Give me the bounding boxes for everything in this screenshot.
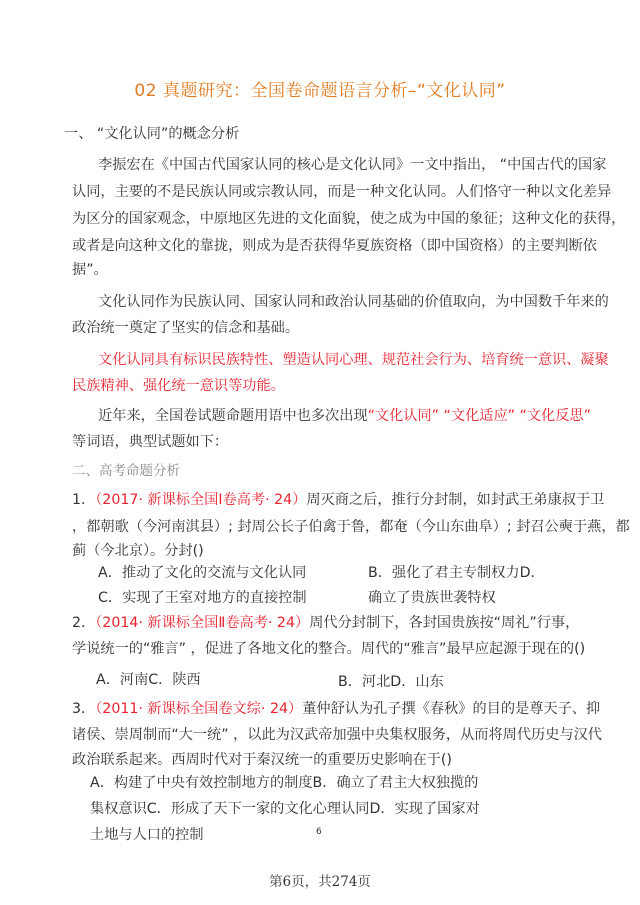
question-2-line2: 学说统一的“雅言” ，促进了各地文化的整合。周代的“雅言”最早应起源于现在的() [72,639,585,659]
para4-line2: 等词语，典型试题如下： [72,432,228,452]
question-3-line2: 诸侯、崇周制而“大一统” ，以此为汉武帝加强中央集权服务，从而将周代历史与汉代 [72,725,602,745]
question-number: 2． [72,615,95,631]
para1-line2: 认同，主要的不是民族认同或宗教认同，而是一种文化认同。人们恪守一种以文化差异 [72,182,611,202]
question-1-line3: 蓟（今北京）。分封() [72,541,204,561]
highlight-line2: 民族精神、强化统一意识等功能。 [72,376,285,396]
question-3-line1: 3．（2011· 新课标全国卷文综· 24）董仲舒认为孔子撰《春秋》的目的是尊天… [72,699,600,719]
question-number: 1． [72,492,95,508]
question-text: 周代分封制下，各封国贵族按“周礼”行事， [309,615,579,631]
question-text: 周灭商之后，推行分封制，如封武王弟康叔于卫 [306,492,604,508]
question-1-option-d-cont: 确立了贵族世袭特权 [368,588,496,608]
question-source: （2011· 新课标全国卷文综· 24） [95,701,302,717]
question-number: 3． [72,701,95,717]
para4-line1: 近年来，全国卷试题命题用语中也多次出现“文化认同” “文化适应” “文化反思” [98,406,591,426]
para4-highlight-terms: “文化认同” “文化适应” “文化反思” [368,408,591,424]
para2-line1: 文化认同作为民族认同、国家认同和政治认同基础的价值取向，为中国数千年来的 [98,292,609,312]
section1-heading: 一、 “文化认同”的概念分析 [64,124,239,144]
document-page: 02 真题研究：全国卷命题语言分析–“文化认同” 一、 “文化认同”的概念分析 … [0,0,640,905]
question-3-options-line3: 土地与人口的控制 [90,825,204,845]
section2-heading: 二、高考命题分析 [72,461,180,481]
question-source: （2017· 新课标全国Ⅰ卷高考· 24） [95,492,306,508]
page-title: 02 真题研究：全国卷命题语言分析–“文化认同” [0,76,640,101]
question-source: （2014· 新课标全国Ⅱ卷高考· 24） [95,615,309,631]
highlight-line1: 文化认同具有标识民族特性、塑造认同心理、规范社会行为、培育统一意识、凝聚 [98,350,609,370]
question-text: 董仲舒认为孔子撰《春秋》的目的是尊天子、抑 [302,701,600,717]
para4-text: 近年来，全国卷试题命题用语中也多次出现 [98,408,368,424]
question-3-options-line2: 集权意识C．形成了天下一家的文化心理认同D．实现了国家对 [90,799,480,819]
para1-line5: 据”。 [72,260,108,280]
question-1-line1: 1．（2017· 新课标全国Ⅰ卷高考· 24）周灭商之后，推行分封制，如封武王弟… [72,490,604,510]
page-footer: 第6页，共274页 [0,870,640,890]
para1-line4: 或者是向这种文化的靠拢，则成为是否获得华夏族资格（即中国资格）的主要判断依 [72,236,597,256]
para1-line3: 为区分的国家观念，中原地区先进的文化面貌，使之成为中国的象征；这种文化的获得， [72,209,625,229]
inline-page-number: 6 [316,827,322,837]
question-2-options-right: B．河北D．山东 [338,672,444,692]
question-1-option-b-d: B．强化了君主专制权力D． [368,563,545,583]
question-3-line3: 政治联系起来。西周时代对于秦汉统一的重要历史影响在于() [72,750,452,770]
question-2-options-left: A．河南C．陕西 [96,670,201,690]
question-1-option-a: A．推动了文化的交流与文化认同 [98,563,306,583]
question-2-line1: 2．（2014· 新课标全国Ⅱ卷高考· 24）周代分封制下，各封国贵族按“周礼”… [72,613,579,633]
question-1-option-c: C．实现了王室对地方的直接控制 [98,588,307,608]
question-3-options-line1: A．构建了中央有效控制地方的制度B．确立了君主大权独揽的 [90,773,478,793]
para2-line2: 政治统一奠定了坚实的信念和基础。 [72,318,299,338]
para1-line1: 李振宏在《中国古代国家认同的核心是文化认同》一文中指出， “中国古代的国家 [98,155,606,175]
question-1-line2: ，都朝歌（今河南淇县）; 封周公长子伯禽于鲁，都奄（今山东曲阜）; 封召公奭于燕… [72,517,630,537]
